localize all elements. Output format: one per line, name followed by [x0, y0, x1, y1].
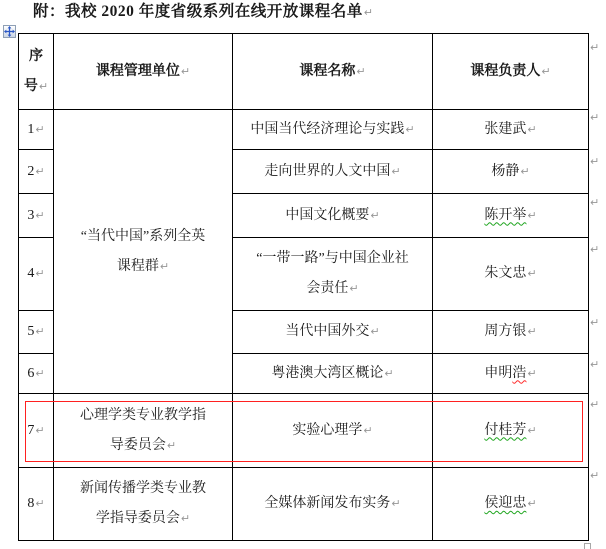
paragraph-mark-icon: ↵: [35, 325, 44, 338]
table-row-highlighted: 7↵ 心理学类专业教学指 导委员会↵ 实验心理学↵ 付桂芳↵: [19, 394, 589, 468]
end-of-document-mark: [584, 543, 591, 549]
paragraph-mark-icon: ↵: [391, 165, 400, 178]
paragraph-mark-icon: ↵: [35, 209, 44, 222]
spellcheck-marked-text: 浩: [512, 366, 526, 381]
paragraph-mark-icon: ↵: [590, 316, 599, 329]
leader-cell[interactable]: 侯迎忠↵: [433, 468, 589, 541]
paragraph-mark-icon: ↵: [35, 123, 44, 136]
paragraph-mark-icon: ↵: [527, 497, 536, 510]
course-cell[interactable]: 走向世界的人文中国↵: [233, 150, 433, 194]
course-cell[interactable]: 当代中国外交↵: [233, 311, 433, 354]
leader-cell[interactable]: 付桂芳↵: [433, 394, 589, 468]
paragraph-mark-icon: ↵: [35, 267, 44, 280]
course-cell[interactable]: 粤港澳大湾区概论↵: [233, 354, 433, 394]
page-title-text: 附：我校 2020 年度省级系列在线开放课程名单: [33, 3, 363, 20]
leader-cell[interactable]: 周方银↵: [433, 311, 589, 354]
paragraph-mark-icon: ↵: [370, 325, 379, 338]
table-move-handle[interactable]: [3, 25, 16, 38]
paragraph-mark-icon: ↵: [527, 424, 536, 437]
paragraph-mark-icon: ↵: [160, 260, 169, 273]
course-table: 序 号↵ 课程管理单位↵ 课程名称↵ 课程负责人↵ 1↵ “当代中国”系列全英 …: [18, 33, 589, 541]
page-title[interactable]: 附：我校 2020 年度省级系列在线开放课程名单↵: [33, 2, 373, 24]
paragraph-mark-icon: ↵: [35, 165, 44, 178]
leader-cell[interactable]: 申明浩↵: [433, 354, 589, 394]
paragraph-mark-icon: ↵: [181, 512, 190, 525]
paragraph-mark-icon: ↵: [405, 123, 414, 136]
paragraph-mark-icon: ↵: [541, 65, 550, 78]
header-cell-unit[interactable]: 课程管理单位↵: [54, 34, 233, 110]
row-number-cell[interactable]: 2↵: [19, 150, 54, 194]
move-arrows-icon: [4, 26, 15, 37]
row-number-cell[interactable]: 4↵: [19, 238, 54, 311]
paragraph-mark-icon: ↵: [590, 41, 599, 54]
paragraph-mark-icon: ↵: [391, 497, 400, 510]
paragraph-mark-icon: ↵: [35, 367, 44, 380]
paragraph-mark-icon: ↵: [590, 469, 599, 482]
leader-cell[interactable]: 杨静↵: [433, 150, 589, 194]
paragraph-mark-icon: ↵: [590, 155, 599, 168]
course-cell[interactable]: 全媒体新闻发布实务↵: [233, 468, 433, 541]
row-number-cell[interactable]: 7↵: [19, 394, 54, 468]
paragraph-mark-icon: ↵: [590, 358, 599, 371]
paragraph-mark-icon: ↵: [590, 196, 599, 209]
paragraph-mark-icon: ↵: [364, 6, 373, 19]
header-cell-course[interactable]: 课程名称↵: [233, 34, 433, 110]
paragraph-mark-icon: ↵: [167, 439, 176, 452]
header-cell-leader[interactable]: 课程负责人↵: [433, 34, 589, 110]
unit-cell-merged[interactable]: “当代中国”系列全英 课程群↵: [54, 110, 233, 394]
paragraph-mark-icon: ↵: [590, 111, 599, 124]
paragraph-mark-icon: ↵: [527, 267, 536, 280]
paragraph-mark-icon: ↵: [590, 243, 599, 256]
paragraph-mark-icon: ↵: [527, 209, 536, 222]
leader-cell[interactable]: 张建武↵: [433, 110, 589, 150]
header-row: 序 号↵ 课程管理单位↵ 课程名称↵ 课程负责人↵: [19, 34, 589, 110]
spellcheck-marked-text: 付桂芳: [484, 423, 526, 438]
unit-cell[interactable]: 新闻传播学类专业教 学指导委员会↵: [54, 468, 233, 541]
spellcheck-marked-text: 侯迎忠: [484, 496, 526, 511]
course-cell[interactable]: 中国当代经济理论与实践↵: [233, 110, 433, 150]
paragraph-mark-icon: ↵: [384, 367, 393, 380]
header-cell-num[interactable]: 序 号↵: [19, 34, 54, 110]
spellcheck-marked-text: 陈开举: [484, 208, 526, 223]
paragraph-mark-icon: ↵: [527, 325, 536, 338]
leader-cell[interactable]: 陈开举↵: [433, 194, 589, 238]
paragraph-mark-icon: ↵: [181, 65, 190, 78]
row-number-cell[interactable]: 8↵: [19, 468, 54, 541]
paragraph-mark-icon: ↵: [363, 424, 372, 437]
table-row: 8↵ 新闻传播学类专业教 学指导委员会↵ 全媒体新闻发布实务↵ 侯迎忠↵: [19, 468, 589, 541]
table-row: 1↵ “当代中国”系列全英 课程群↵ 中国当代经济理论与实践↵ 张建武↵: [19, 110, 589, 150]
paragraph-mark-icon: ↵: [370, 209, 379, 222]
paragraph-mark-icon: ↵: [520, 165, 529, 178]
row-number-cell[interactable]: 6↵: [19, 354, 54, 394]
document-page: 附：我校 2020 年度省级系列在线开放课程名单↵ 序 号↵ 课程管理单位↵: [0, 0, 606, 549]
leader-cell[interactable]: 朱文忠↵: [433, 238, 589, 311]
paragraph-mark-icon: ↵: [35, 424, 44, 437]
paragraph-mark-icon: ↵: [349, 282, 358, 295]
course-cell[interactable]: 实验心理学↵: [233, 394, 433, 468]
unit-cell[interactable]: 心理学类专业教学指 导委员会↵: [54, 394, 233, 468]
paragraph-mark-icon: ↵: [35, 497, 44, 510]
course-cell[interactable]: 中国文化概要↵: [233, 194, 433, 238]
row-number-cell[interactable]: 5↵: [19, 311, 54, 354]
paragraph-mark-icon: ↵: [590, 398, 599, 411]
paragraph-mark-icon: ↵: [39, 80, 48, 93]
paragraph-mark-icon: ↵: [527, 367, 536, 380]
row-number-cell[interactable]: 1↵: [19, 110, 54, 150]
paragraph-mark-icon: ↵: [527, 123, 536, 136]
course-cell[interactable]: “一带一路”与中国企业社 会责任↵: [233, 238, 433, 311]
paragraph-mark-icon: ↵: [356, 65, 365, 78]
row-number-cell[interactable]: 3↵: [19, 194, 54, 238]
